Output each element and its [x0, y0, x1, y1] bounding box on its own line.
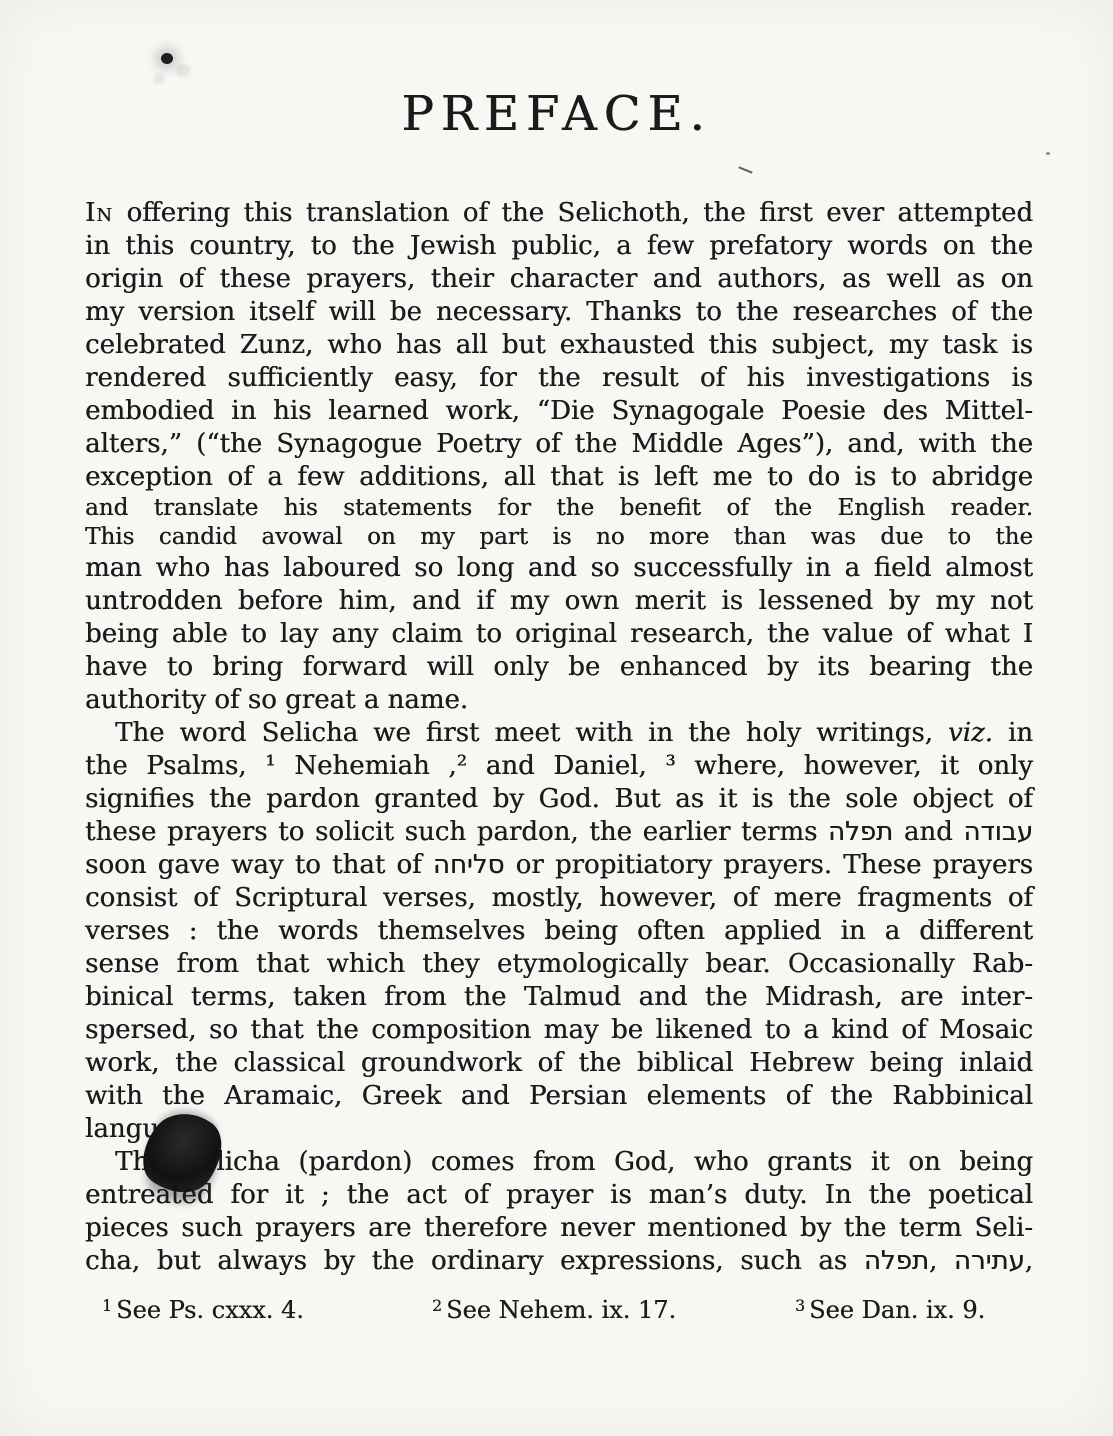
text-line: and translate his statements for the ben… [85, 494, 1033, 523]
text-line: In offering this translation of the Seli… [85, 197, 1033, 230]
page-title: PREFACE. [0, 86, 1113, 142]
text-line: rendered sufficiently easy, for the resu… [85, 362, 1033, 395]
text-line: language. [85, 1113, 1033, 1146]
footnote-1-text: See Ps. cxxx. 4. [116, 1296, 304, 1324]
footnote-2-number: 2 [432, 1296, 442, 1315]
text-line: my version itself will be necessary. Tha… [85, 296, 1033, 329]
small-speck-artifact [1046, 152, 1050, 155]
text-line: The Selicha (pardon) comes from God, who… [85, 1146, 1033, 1179]
text-line: alters,” (“the Synagogue Poetry of the M… [85, 428, 1033, 461]
text-line: man who has laboured so long and so succ… [85, 552, 1033, 585]
footnote-2: 2See Nehem. ix. 17. [432, 1296, 676, 1324]
text-line: sense from that which they etymologicall… [85, 948, 1033, 981]
text-line: work, the classical groundwork of the bi… [85, 1047, 1033, 1080]
text-line: entreated for it ; the act of prayer is … [85, 1179, 1033, 1212]
ink-speck-artifact [161, 53, 173, 64]
text-line: The word Selicha we first meet with in t… [85, 717, 1033, 750]
text-line: with the Aramaic, Greek and Persian elem… [85, 1080, 1033, 1113]
footnote-1-number: 1 [102, 1296, 112, 1315]
footnote-1: 1See Ps. cxxx. 4. [102, 1296, 304, 1324]
text-line: have to bring forward will only be enhan… [85, 651, 1033, 684]
text-line: soon gave way to that of סליחה‎ or propi… [85, 849, 1033, 882]
text-line: being able to lay any claim to original … [85, 618, 1033, 651]
text-line: This candid avowal on my part is no more… [85, 523, 1033, 552]
scanned-book-page: PREFACE. In offering this translation of… [0, 0, 1113, 1436]
text-line: origin of these prayers, their character… [85, 263, 1033, 296]
text-line: embodied in his learned work, “Die Synag… [85, 395, 1033, 428]
text-block: In offering this translation of the Seli… [85, 197, 1033, 1278]
text-line: pieces such prayers are therefore never … [85, 1212, 1033, 1245]
text-line: binical terms, taken from the Talmud and… [85, 981, 1033, 1014]
text-line: cha, but always by the ordinary expressi… [85, 1245, 1033, 1278]
footnote-3-text: See Dan. ix. 9. [809, 1296, 985, 1324]
footnote-2-text: See Nehem. ix. 17. [446, 1296, 676, 1324]
text-line: authority of so great a name. [85, 684, 1033, 717]
text-line: these prayers to solicit such pardon, th… [85, 816, 1033, 849]
text-line: signifies the pardon granted by God. But… [85, 783, 1033, 816]
scratch-mark-artifact [738, 166, 753, 173]
text-line: spersed, so that the composition may be … [85, 1014, 1033, 1047]
footnote-3: 3See Dan. ix. 9. [795, 1296, 985, 1324]
text-line: untrodden before him, and if my own meri… [85, 585, 1033, 618]
text-line: the Psalms, ¹ Nehemiah ,² and Daniel, ³ … [85, 750, 1033, 783]
text-line: in this country, to the Jewish public, a… [85, 230, 1033, 263]
text-line: verses : the words themselves being ofte… [85, 915, 1033, 948]
footnote-3-number: 3 [795, 1296, 805, 1315]
text-line: consist of Scriptural verses, mostly, ho… [85, 882, 1033, 915]
text-line: celebrated Zunz, who has all but exhaust… [85, 329, 1033, 362]
text-line: exception of a few additions, all that i… [85, 461, 1033, 494]
